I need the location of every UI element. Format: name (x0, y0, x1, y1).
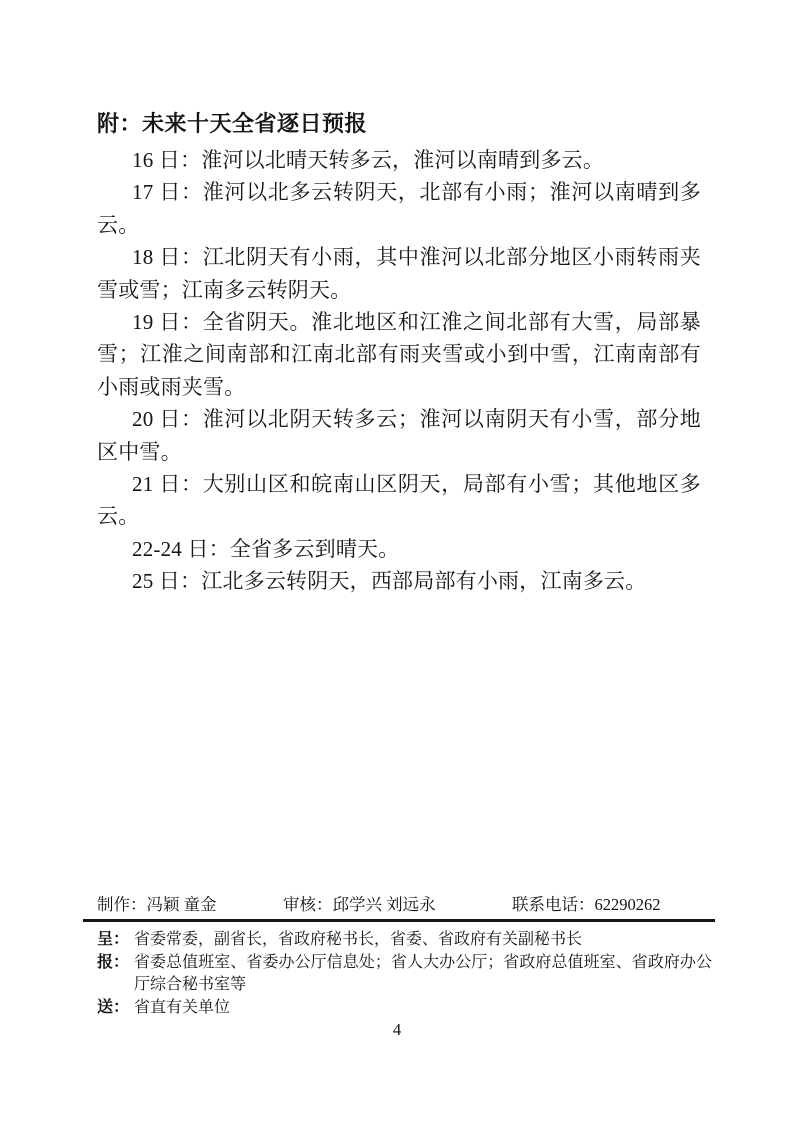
forecast-paragraph-day18: 18 日：江北阴天有小雨，其中淮河以北部分地区小雨转雨夹雪或雪；江南多云转阴天。 (97, 241, 701, 306)
distribution-label-submit: 呈： (97, 929, 129, 952)
distribution-content-send: 省直有关单位 (134, 999, 230, 1016)
forecast-paragraph-day21: 21 日：大别山区和皖南山区阴天，局部有小雪；其他地区多云。 (97, 468, 701, 533)
distribution-row-submit: 呈： 省委常委，副省长，省政府秘书长，省委、省政府有关副秘书长 (97, 929, 712, 952)
distribution-row-report: 报： 省委总值班室、省委办公厅信息处；省人大办公厅；省政府总值班室、省政府办公厅… (97, 952, 712, 997)
forecast-paragraph-day19: 19 日：全省阴天。淮北地区和江淮之间北部有大雪，局部暴雪；江淮之间南部和江南北… (97, 306, 701, 403)
credits-row: 制作：冯颖 童金 审核：邱学兴 刘远永 联系电话：62290262 (97, 891, 737, 915)
forecast-paragraph-day16: 16 日：淮河以北晴天转多云，淮河以南晴到多云。 (97, 144, 701, 176)
attachment-title: 附：未来十天全省逐日预报 (97, 107, 367, 138)
forecast-body: 16 日：淮河以北晴天转多云，淮河以南晴到多云。 17 日：淮河以北多云转阴天，… (97, 144, 701, 598)
distribution-list: 呈： 省委常委，副省长，省政府秘书长，省委、省政府有关副秘书长 报： 省委总值班… (97, 929, 712, 1019)
forecast-paragraph-day22-24: 22-24 日：全省多云到晴天。 (97, 533, 701, 565)
document-page: 附：未来十天全省逐日预报 16 日：淮河以北晴天转多云，淮河以南晴到多云。 17… (0, 0, 794, 1122)
producer-credit: 制作：冯颖 童金 (97, 891, 217, 915)
page-number: 4 (0, 1020, 794, 1040)
forecast-paragraph-day25: 25 日：江北多云转阴天，西部局部有小雨，江南多云。 (97, 565, 701, 597)
distribution-label-report: 报： (97, 952, 129, 975)
distribution-row-send: 送： 省直有关单位 (97, 997, 712, 1020)
divider-line (83, 919, 715, 922)
forecast-paragraph-day20: 20 日：淮河以北阴天转多云；淮河以南阴天有小雪，部分地区中雪。 (97, 403, 701, 468)
distribution-label-send: 送： (97, 997, 129, 1020)
contact-phone: 联系电话：62290262 (512, 891, 661, 915)
forecast-paragraph-day17: 17 日：淮河以北多云转阴天，北部有小雨；淮河以南晴到多云。 (97, 176, 701, 241)
reviewer-credit: 审核：邱学兴 刘远永 (283, 891, 436, 915)
distribution-content-submit: 省委常委，副省长，省政府秘书长，省委、省政府有关副秘书长 (134, 931, 582, 948)
distribution-content-report: 省委总值班室、省委办公厅信息处；省人大办公厅；省政府总值班室、省政府办公厅综合秘… (134, 954, 712, 994)
